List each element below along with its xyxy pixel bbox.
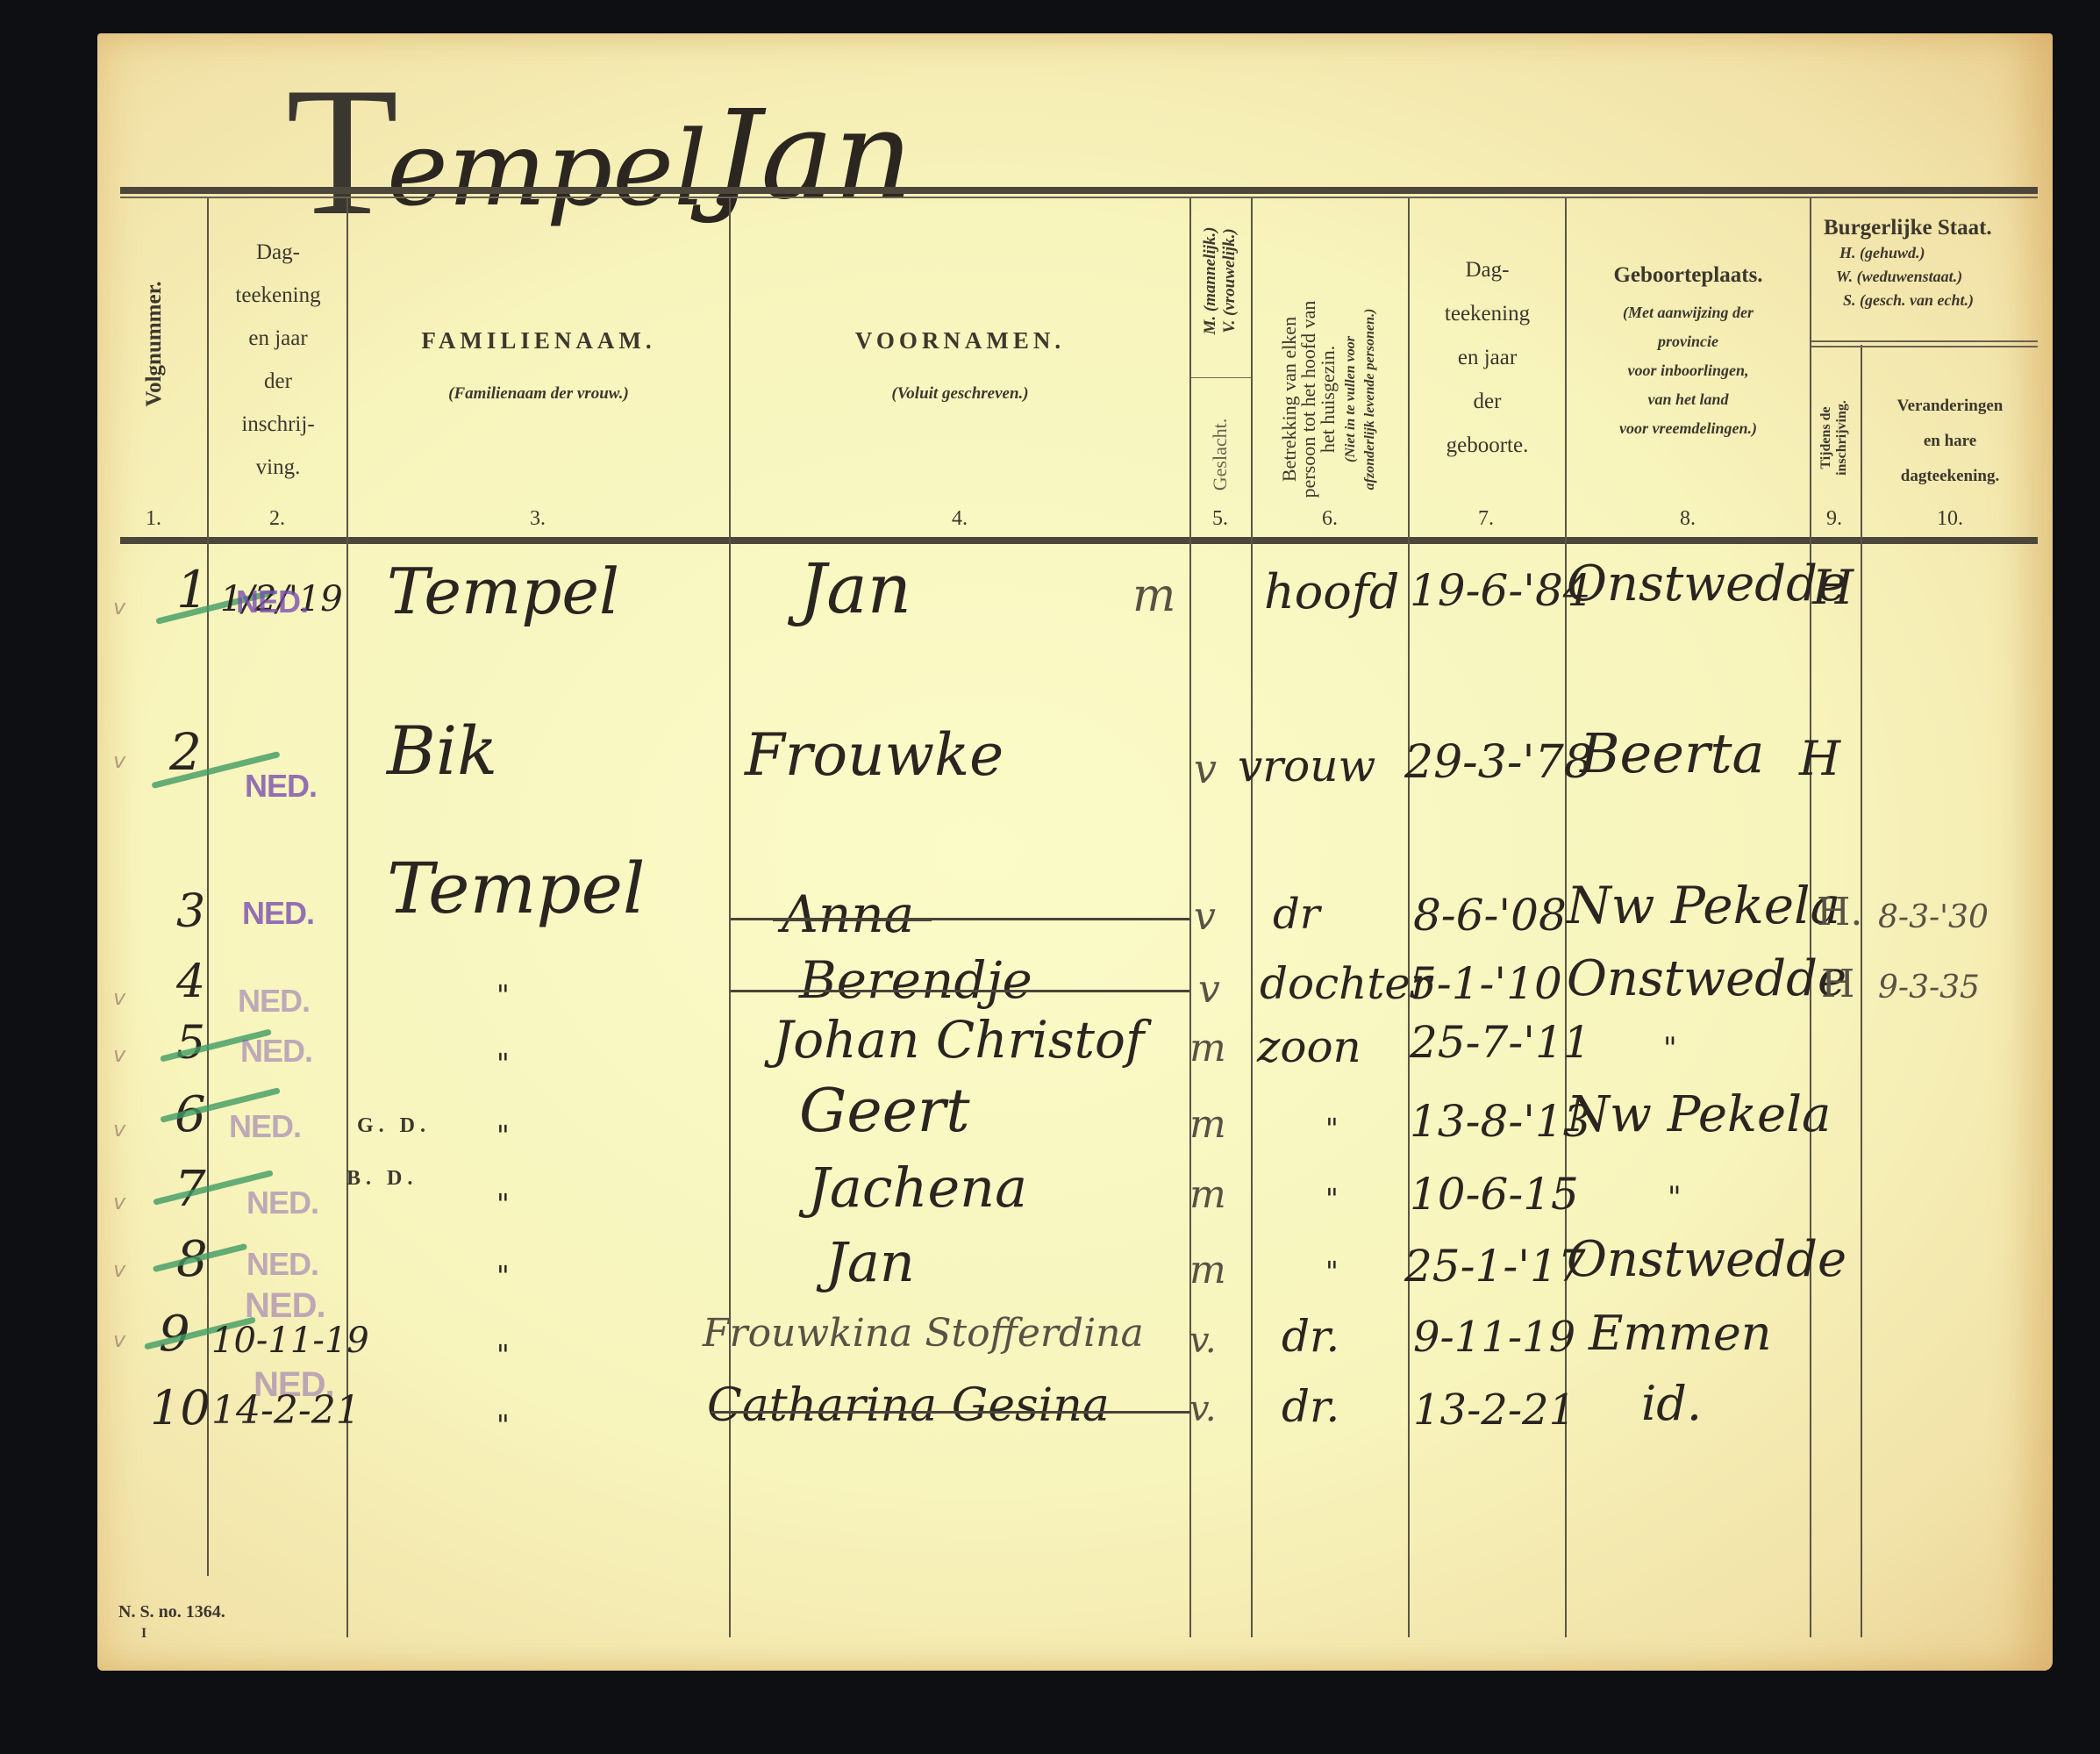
- row-geboorte: 13-2-21: [1413, 1389, 1575, 1431]
- row-betrekking: dr.: [1282, 1385, 1339, 1428]
- row-veranderingen: 9-3-35: [1878, 972, 1980, 1004]
- divider-5-6: [1251, 198, 1253, 1637]
- row-plaats: Nw Pekela: [1567, 880, 1840, 931]
- row-betrekking: dr: [1273, 893, 1320, 935]
- header-line: Betrekking van elken: [1280, 241, 1299, 557]
- row-familienaam: Tempel: [387, 854, 646, 924]
- header-subtitle: (Voluit geschreven.): [731, 384, 1189, 404]
- title-given-name: Jan: [711, 95, 913, 218]
- row-staat: H: [1799, 735, 1840, 783]
- title-surname-initial: T: [286, 60, 398, 244]
- row-betrekking: dr.: [1282, 1314, 1339, 1358]
- row-geboorte: 8-6-'08: [1413, 893, 1567, 937]
- header-line: der: [1410, 380, 1565, 424]
- header-line: en hare: [1862, 424, 2038, 459]
- header-voornamen: VOORNAMEN. (Voluit geschreven.): [731, 327, 1189, 404]
- row-geboorte: 19-6-'84: [1410, 569, 1591, 612]
- status-w: W. (weduwenstaat.): [1813, 268, 2038, 286]
- row-number: 5: [176, 1020, 205, 1066]
- nationality-stamp: NED.: [245, 1288, 325, 1323]
- header-line: en jaar: [210, 317, 346, 360]
- colnum-2: 2.: [251, 507, 304, 531]
- row-voornamen: Catharina Gesina: [707, 1383, 1110, 1428]
- colnum-8: 8.: [1661, 507, 1714, 531]
- row-betrekking: zoon: [1257, 1025, 1361, 1069]
- row-number: 2: [169, 727, 202, 777]
- row-geslacht: m: [1189, 1176, 1226, 1214]
- row-betrekking: dochter: [1260, 962, 1432, 1006]
- row-staat: H.: [1817, 893, 1862, 932]
- row-plaats: ": [1663, 1034, 1677, 1063]
- row-voornamen: Berendje: [799, 955, 1032, 1006]
- row-familienaam: Bik: [387, 718, 497, 784]
- row-plaats: Beerta: [1580, 727, 1764, 781]
- status-h: H. (gehuwd.): [1813, 244, 2038, 262]
- colnum-4: 4.: [933, 507, 986, 531]
- colnum-1: 1.: [127, 507, 180, 531]
- row-betrekking: vrouw: [1238, 744, 1375, 788]
- header-note: (Met aanwijzing der provincie voor inboo…: [1567, 298, 1810, 443]
- row-geslacht: v: [1194, 898, 1216, 936]
- row-geslacht: v.: [1189, 1392, 1217, 1427]
- header-title: FAMILIENAAM.: [348, 327, 729, 354]
- header-subtitle: (Familienaam der vrouw.): [348, 384, 729, 404]
- row-number: 10: [150, 1385, 211, 1432]
- registration-card: T empel. Jan Tempel Volgnummer. Dag- tee…: [97, 33, 2053, 1671]
- row-geslacht: v.: [1189, 1323, 1217, 1358]
- strikethrough-line: [711, 1411, 1189, 1414]
- header-line: geboorte.: [1410, 424, 1565, 468]
- divider-1-2: [207, 198, 209, 1576]
- header-line: en jaar: [1410, 336, 1565, 380]
- header-line: Veranderingen: [1862, 389, 2038, 424]
- row-geboorte: 25-1-'17: [1404, 1244, 1586, 1288]
- row-staat: H: [1821, 965, 1854, 1004]
- colnum-6: 6.: [1304, 507, 1356, 531]
- row-voornamen: Frouwkina Stofferdina: [703, 1314, 1144, 1353]
- header-title: VOORNAMEN.: [731, 327, 1189, 354]
- row-voornamen: Geert: [799, 1082, 970, 1142]
- row-geslacht: v: [1194, 748, 1217, 789]
- row-familienaam: ": [496, 1262, 510, 1290]
- header-line: voor inboorlingen,: [1567, 356, 1810, 385]
- colnum-3: 3.: [511, 507, 564, 531]
- row-familienaam: ": [496, 1049, 510, 1077]
- row-voornamen: Frouwke: [745, 727, 1004, 784]
- nationality-stamp: NED.: [242, 898, 314, 929]
- header-dagteekening-inschrijving: Dag- teekening en jaar der inschrij- vin…: [210, 231, 346, 489]
- header-line: provincie: [1567, 327, 1810, 356]
- row-geboorte: 9-11-19: [1413, 1316, 1575, 1358]
- row-plaats: ": [1668, 1183, 1682, 1213]
- row-betrekking: ": [1325, 1114, 1339, 1142]
- row-familienaam: ": [496, 1121, 510, 1149]
- typed-annotation: B. D.: [346, 1167, 418, 1191]
- typed-annotation: G. D.: [357, 1114, 431, 1138]
- header-line: teekening: [210, 274, 346, 317]
- strikethrough-line: [731, 990, 1189, 992]
- header-burgerlijke-staat: Burgerlijke Staat. H. (gehuwd.) W. (wedu…: [1813, 216, 2038, 310]
- form-sub-number: I: [141, 1626, 146, 1642]
- row-voornamen: Jan: [825, 1235, 915, 1290]
- nationality-stamp: NED.: [229, 1111, 301, 1142]
- header-line: Tijdens de: [1818, 368, 1834, 508]
- row-familienaam: ": [496, 1411, 510, 1439]
- row-inschrijving: 10-11-19: [211, 1323, 369, 1358]
- row-plaats: Onstwedde: [1567, 955, 1846, 1004]
- header-note: afzonderlijk levende personen.): [1361, 241, 1380, 557]
- header-dagteekening-geboorte: Dag- teekening en jaar der geboorte.: [1410, 248, 1565, 468]
- header-bottom-rule: [120, 537, 2038, 544]
- header-veranderingen: Veranderingen en hare dagteekening.: [1862, 389, 2038, 494]
- check-mark-icon: v: [113, 748, 125, 773]
- header-tijdens-inschrijving: Tijdens de inschrijving.: [1818, 368, 1850, 508]
- row-geslacht: v: [1198, 970, 1220, 1009]
- header-line: der: [210, 360, 346, 403]
- row-geboorte: 25-7-'11: [1410, 1020, 1591, 1064]
- top-rule: [120, 187, 2038, 194]
- header-line: dagteekening.: [1862, 459, 2038, 494]
- header-geslacht: Geslacht.: [1209, 389, 1232, 520]
- colnum-10: 10.: [1924, 507, 1976, 531]
- check-mark-icon: v: [113, 1190, 125, 1214]
- header-line: teekening: [1410, 292, 1565, 336]
- nationality-stamp: NED.: [238, 985, 310, 1017]
- header-line: voor vreemdelingen.): [1567, 414, 1810, 443]
- colnum-9: 9.: [1808, 507, 1861, 531]
- row-geboorte: 13-8-'13: [1410, 1099, 1591, 1143]
- row-plaats: id.: [1641, 1380, 1702, 1428]
- row-staat: H: [1812, 564, 1854, 612]
- row-number: 3: [176, 889, 205, 934]
- row-betrekking: ": [1325, 1185, 1339, 1213]
- header-line: inschrij-: [210, 403, 346, 446]
- header-volgnummer: Volgnummer.: [142, 252, 167, 436]
- row-familienaam: ": [496, 1190, 510, 1218]
- check-mark-icon: v: [113, 985, 125, 1010]
- check-mark-icon: v: [113, 1117, 125, 1142]
- divider-9-10: [1861, 345, 1862, 1637]
- row-geboorte: 5-1-'10: [1409, 962, 1562, 1006]
- row-plaats: Onstwedde: [1567, 1235, 1846, 1285]
- civil-status-split-2: [1811, 346, 2038, 347]
- row-plaats: Onstwedde: [1567, 560, 1846, 609]
- row-geboorte: 10-6-15: [1410, 1172, 1579, 1216]
- form-number: N. S. no. 1364.: [118, 1602, 225, 1622]
- header-line: (Met aanwijzing der: [1567, 298, 1810, 327]
- header-gender-codes: M. (mannelijk.) V. (vrouwelijk.): [1201, 202, 1239, 360]
- row-geboorte: 29-3-'78: [1404, 740, 1593, 785]
- row-voornamen: Anna: [782, 889, 914, 940]
- header-line: van het land: [1567, 385, 1810, 414]
- check-mark-icon: v: [113, 1257, 125, 1282]
- row-number: 4: [176, 959, 205, 1005]
- check-mark-icon: v: [113, 595, 125, 619]
- header-title: Burgerlijke Staat.: [1813, 216, 2038, 240]
- header-line: ving.: [210, 446, 346, 489]
- check-mark-icon: v: [113, 1042, 125, 1067]
- row-familienaam: ": [496, 981, 510, 1009]
- row-betrekking: ": [1325, 1257, 1339, 1285]
- strikethrough-line: [731, 918, 1189, 920]
- header-geboorteplaats: Geboorteplaats. (Met aanwijzing der prov…: [1567, 263, 1810, 443]
- header-line: Dag-: [1410, 248, 1565, 292]
- row-familienaam: ": [496, 1341, 510, 1369]
- header-line: inschrijving.: [1834, 368, 1850, 508]
- header-title: Geboorteplaats.: [1567, 263, 1810, 288]
- row-plaats: Emmen: [1589, 1310, 1772, 1357]
- gender-split: [1191, 377, 1251, 378]
- nationality-stamp: NED.: [240, 1035, 312, 1067]
- header-line: M. (mannelijk.): [1201, 202, 1220, 360]
- row-veranderingen: 8-3-'30: [1878, 902, 1989, 934]
- colnum-5: 5.: [1194, 507, 1246, 531]
- header-line: V. (vrouwelijk.): [1220, 202, 1239, 360]
- row-familienaam: Tempel: [387, 560, 619, 623]
- row-geslacht: m: [1189, 1251, 1226, 1290]
- nationality-stamp: NED.: [246, 1249, 318, 1280]
- nationality-stamp: NED.: [236, 586, 308, 618]
- row-plaats: Nw Pekela: [1567, 1091, 1831, 1140]
- title-surname: empel.: [387, 117, 739, 220]
- status-s: S. (gesch. van echt.): [1813, 291, 2038, 310]
- header-line: Dag-: [210, 231, 346, 274]
- row-geslacht: m: [1189, 1106, 1226, 1144]
- row-geslacht: m: [1132, 573, 1175, 619]
- header-familienaam: FAMILIENAAM. (Familienaam der vrouw.): [348, 327, 729, 404]
- civil-status-split: [1811, 340, 2038, 342]
- nationality-stamp: NED.: [246, 1187, 318, 1219]
- colnum-7: 7.: [1460, 507, 1512, 531]
- row-voornamen: Johan Christof: [773, 1014, 1144, 1065]
- row-voornamen: Jan: [799, 555, 911, 624]
- row-geslacht: m: [1189, 1029, 1226, 1068]
- row-betrekking: hoofd: [1264, 569, 1399, 616]
- check-mark-icon: v: [113, 1328, 125, 1352]
- top-rule-thin: [120, 197, 2038, 198]
- row-inschrijving: 14-2-21: [211, 1392, 361, 1430]
- row-voornamen: Jachena: [808, 1161, 1027, 1215]
- nationality-stamp: NED.: [245, 770, 317, 802]
